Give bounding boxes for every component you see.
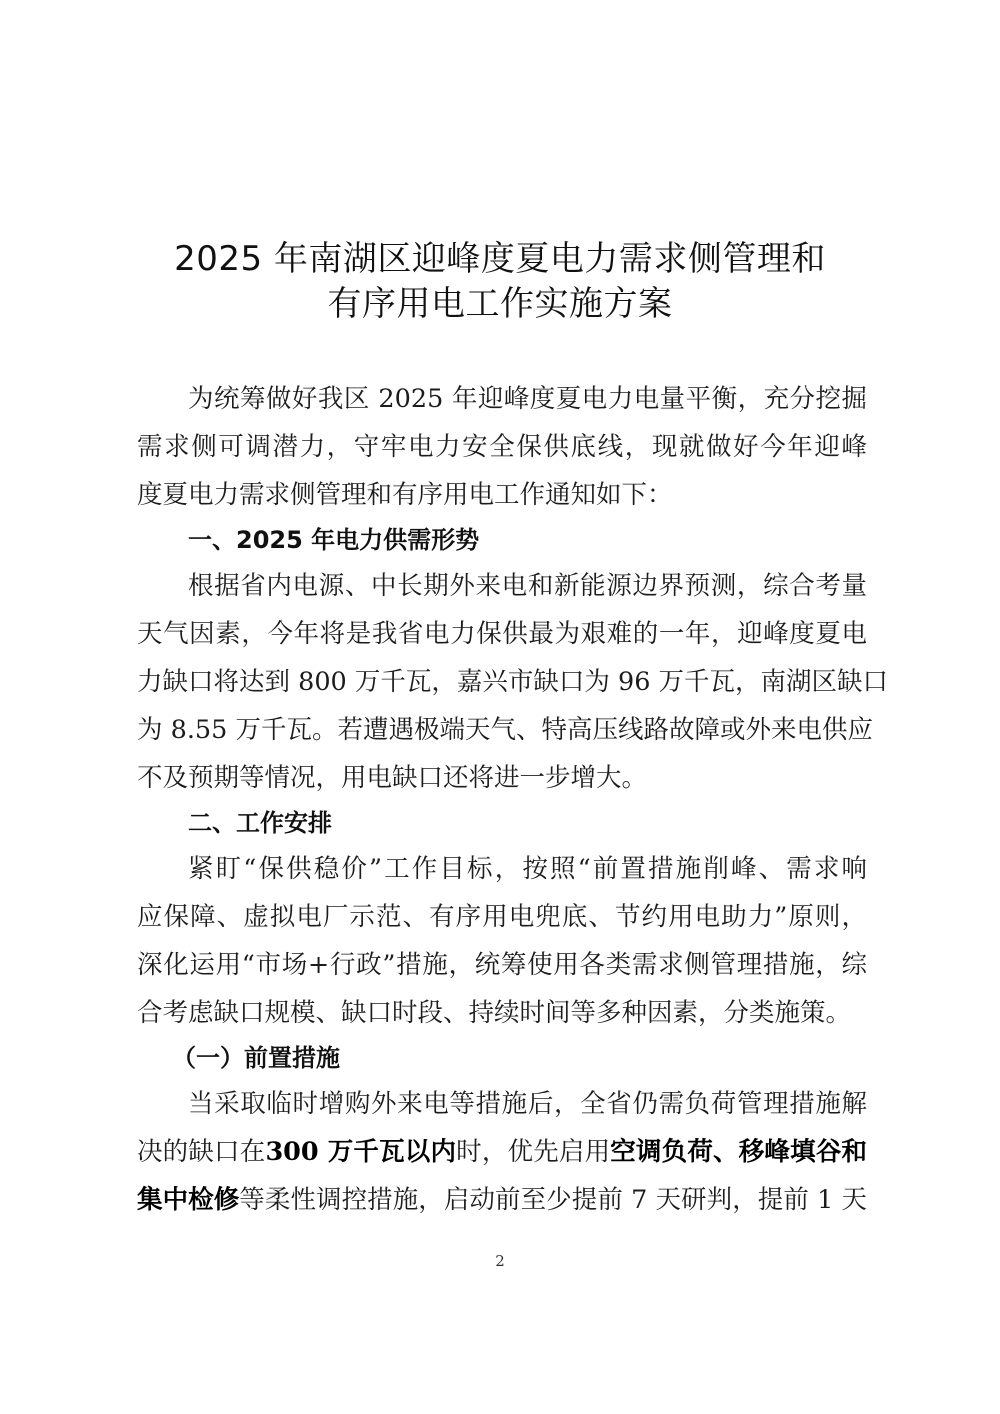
section-2-paragraph-line: 深化运用“市场+行政”措施，统筹使用各类需求侧管理措施，综 — [137, 945, 867, 985]
section-1-paragraph-line: 天气因素，今年将是我省电力保供最为艰难的一年，迎峰度夏电 — [137, 614, 867, 654]
bold-text-run: 300 万千瓦以内 — [265, 1137, 456, 1167]
text-run: 决的缺口在 — [137, 1137, 265, 1167]
intro-paragraph-line: 度夏电力需求侧管理和有序用电工作通知如下： — [137, 475, 867, 515]
section-2-paragraph-line: 应保障、虚拟电厂示范、有序用电兜底、节约用电助力”原则， — [137, 897, 867, 937]
intro-paragraph-line: 需求侧可调潜力，守牢电力安全保供底线，现就做好今年迎峰 — [137, 427, 867, 467]
page-number: 2 — [0, 1252, 1000, 1270]
section-1-paragraph-line: 力缺口将达到 800 万千瓦，嘉兴市缺口为 96 万千瓦，南湖区缺口 — [137, 662, 867, 702]
subsection-1-paragraph-line: 当采取临时增购外来电等措施后，全省仍需负荷管理措施解 — [188, 1084, 867, 1124]
intro-paragraph-line: 为统筹做好我区 2025 年迎峰度夏电力电量平衡，充分挖掘 — [188, 379, 867, 419]
section-2-heading: 二、工作安排 — [188, 803, 332, 843]
section-1-paragraph-line: 根据省内电源、中长期外来电和新能源边界预测，综合考量 — [188, 566, 867, 606]
subsection-1-paragraph-line: 决的缺口在300 万千瓦以内时，优先启用空调负荷、移峰填谷和 — [137, 1132, 867, 1172]
section-1-paragraph-line: 为 8.55 万千瓦。若遭遇极端天气、特高压线路故障或外来电供应 — [137, 710, 867, 750]
document-title-line-2: 有序用电工作实施方案 — [0, 277, 1000, 331]
text-run: 时，优先启用 — [456, 1137, 610, 1167]
document-page: 2025 年南湖区迎峰度夏电力需求侧管理和 有序用电工作实施方案 为统筹做好我区… — [0, 0, 1000, 1414]
section-1-paragraph-line: 不及预期等情况，用电缺口还将进一步增大。 — [137, 758, 867, 798]
text-run: 等柔性调控措施，启动前至少提前 7 天研判，提前 1 天 — [239, 1185, 867, 1215]
bold-text-run: 集中检修 — [137, 1185, 239, 1215]
subsection-1-paragraph-line: 集中检修等柔性调控措施，启动前至少提前 7 天研判，提前 1 天 — [137, 1180, 867, 1220]
section-2-paragraph-line: 合考虑缺口规模、缺口时段、持续时间等多种因素，分类施策。 — [137, 993, 867, 1033]
section-2-paragraph-line: 紧盯“保供稳价”工作目标，按照“前置措施削峰、需求响 — [188, 849, 867, 889]
section-1-heading: 一、2025 年电力供需形势 — [188, 520, 479, 560]
bold-text-run: 空调负荷、移峰填谷和 — [610, 1137, 867, 1167]
subsection-1-heading: （一）前置措施 — [172, 1038, 340, 1078]
